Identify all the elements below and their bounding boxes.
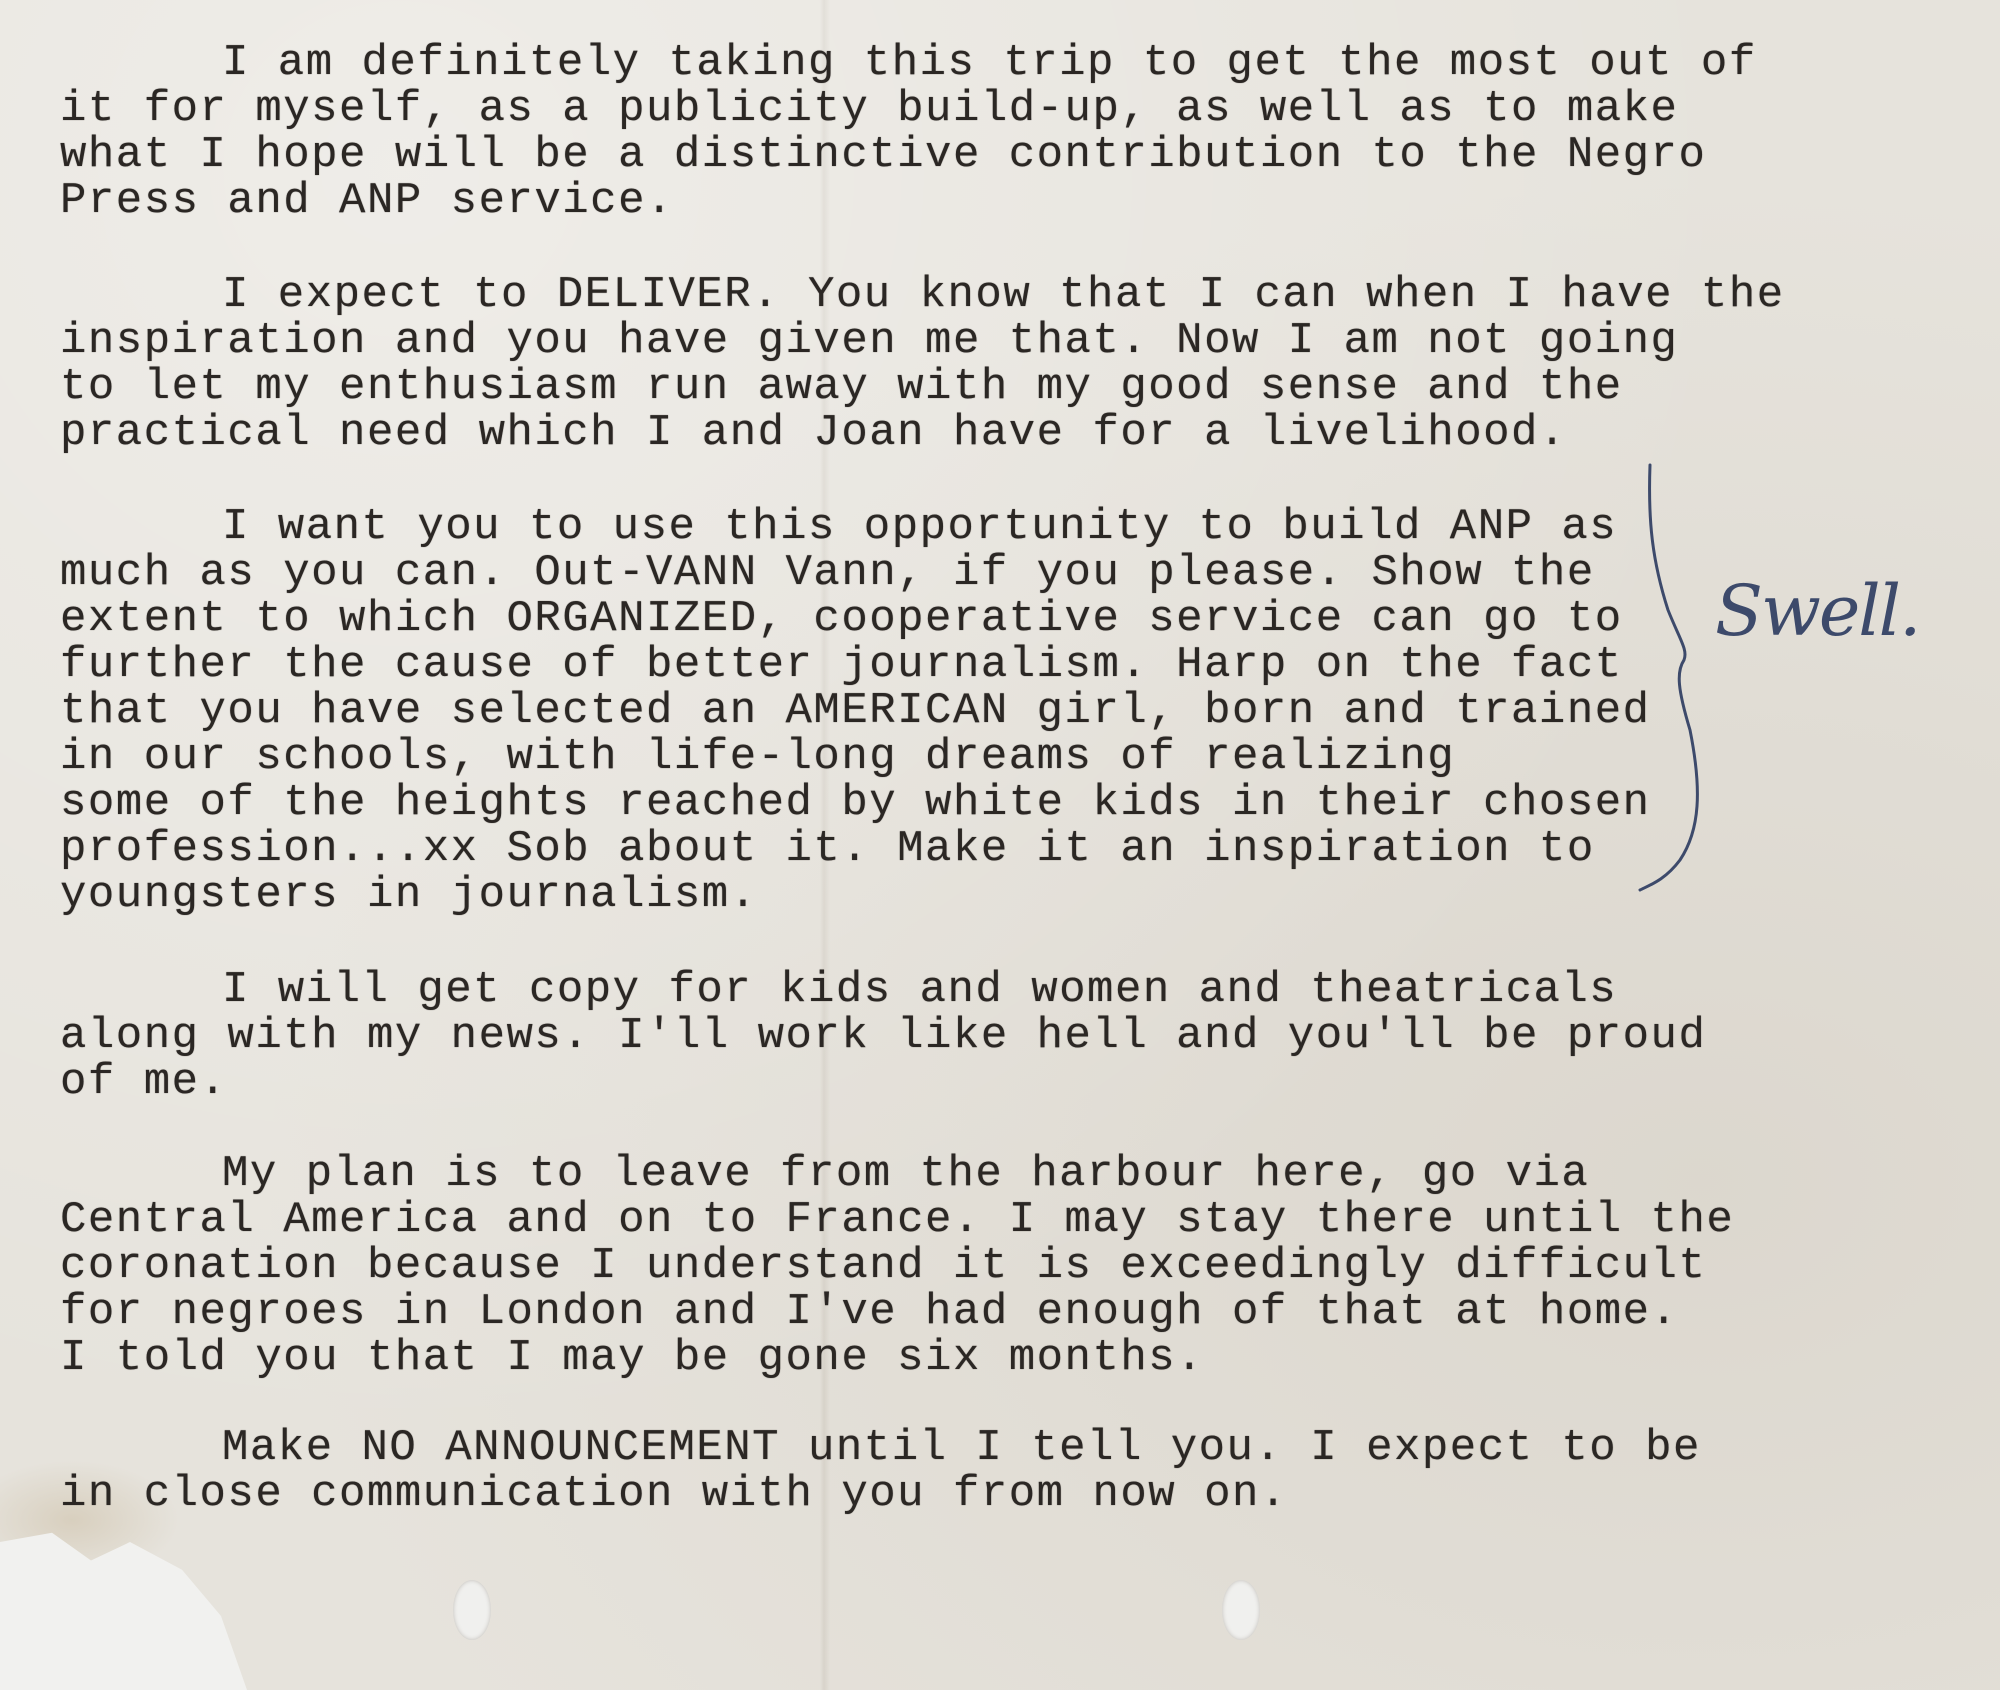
margin-bracket-icon xyxy=(0,0,2000,1690)
letter-page: I am definitely taking this trip to get … xyxy=(0,0,2000,1690)
handwritten-annotation: Swell. xyxy=(1715,570,1919,652)
